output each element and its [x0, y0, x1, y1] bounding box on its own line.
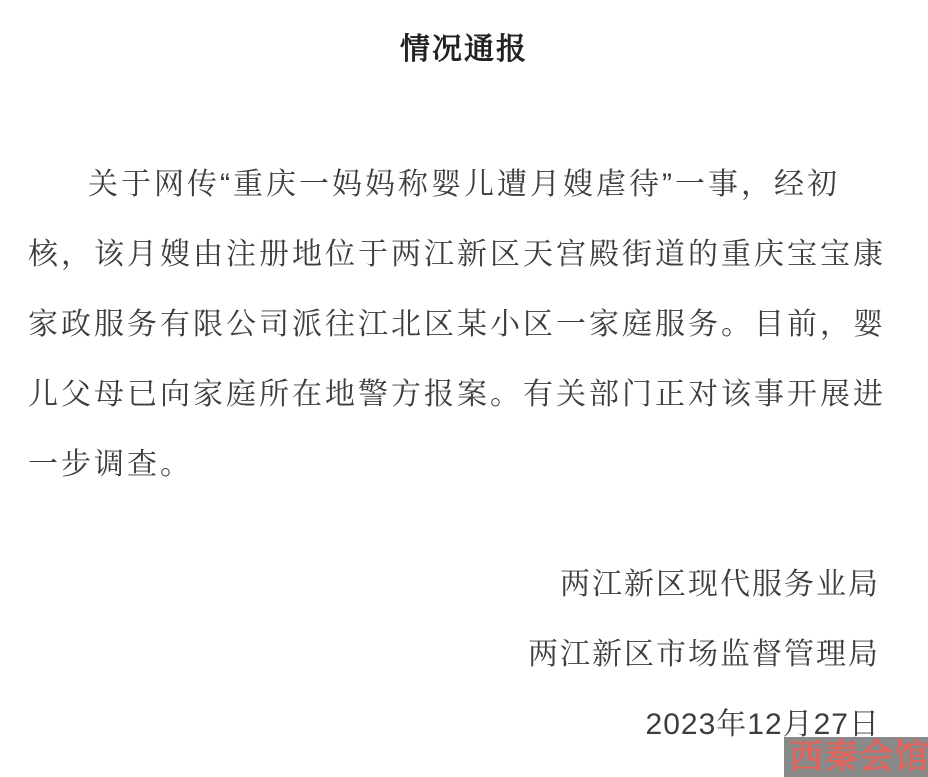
- paragraph-line: 关于网传“重庆一妈妈称婴儿遭月嫂虐待”一事，经初: [28, 150, 900, 220]
- signature-org-2: 两江新区市场监督管理局: [0, 620, 880, 690]
- watermark: 西秦会馆: [784, 737, 928, 777]
- paragraph-line: 一步调查。: [28, 430, 900, 500]
- signature-org-1: 两江新区现代服务业局: [0, 550, 880, 620]
- notice-document: 情况通报 关于网传“重庆一妈妈称婴儿遭月嫂虐待”一事，经初核，该月嫂由注册地位于…: [0, 0, 928, 777]
- document-date: 2023年12月27日: [0, 690, 880, 760]
- paragraph-line: 家政服务有限公司派往江北区某小区一家庭服务。目前，婴: [28, 290, 900, 360]
- paragraph-line: 儿父母已向家庭所在地警方报案。有关部门正对该事开展进: [28, 360, 900, 430]
- signature-block: 两江新区现代服务业局 两江新区市场监督管理局 2023年12月27日: [0, 550, 928, 760]
- paragraph-line: 核，该月嫂由注册地位于两江新区天宫殿街道的重庆宝宝康: [28, 220, 900, 290]
- document-title: 情况通报: [0, 0, 928, 60]
- document-body: 关于网传“重庆一妈妈称婴儿遭月嫂虐待”一事，经初核，该月嫂由注册地位于两江新区天…: [0, 150, 928, 500]
